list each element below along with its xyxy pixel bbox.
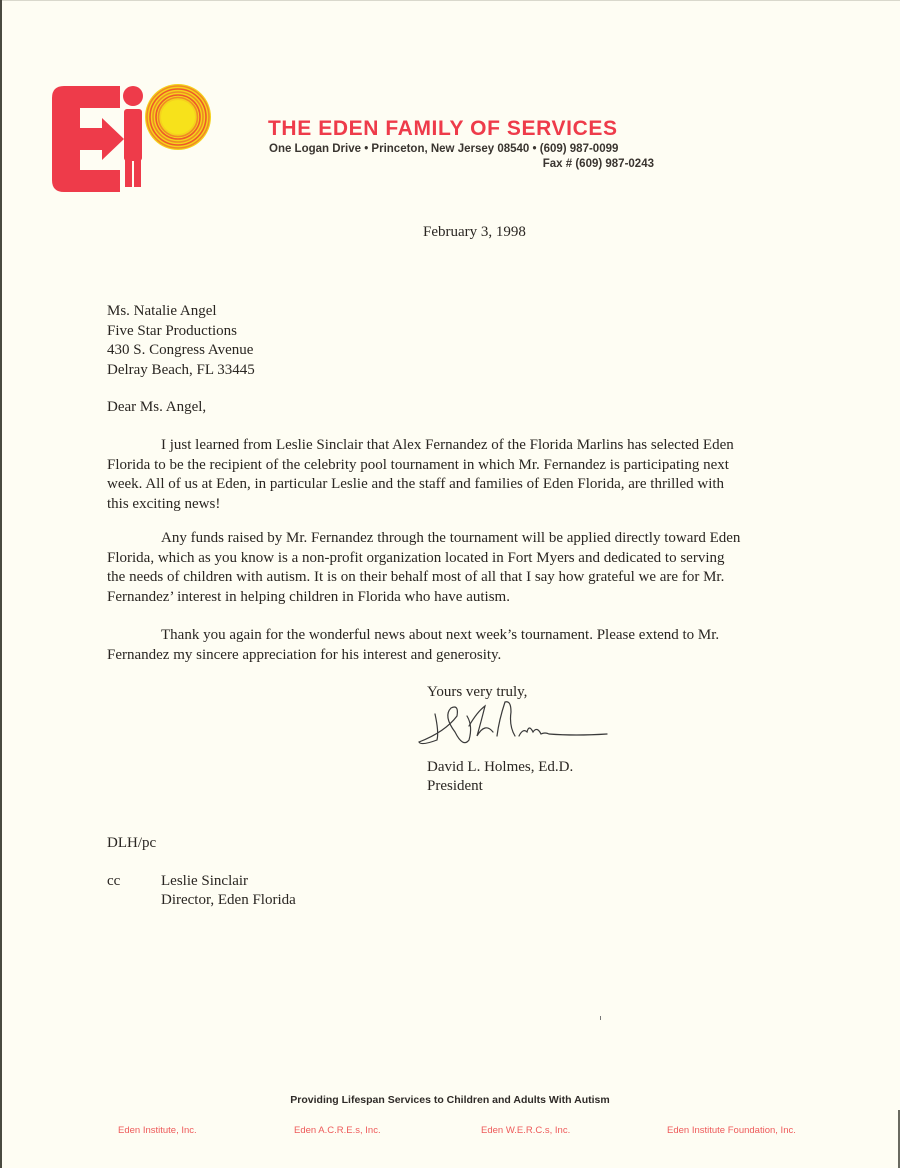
affiliate-eden-wercs: Eden W.E.R.C.s, Inc. xyxy=(481,1125,570,1136)
paragraph-line: Florida, which as you know is a non-prof… xyxy=(107,549,807,569)
affiliate-eden-foundation: Eden Institute Foundation, Inc. xyxy=(667,1125,796,1136)
paragraph-line: the needs of children with autism. It is… xyxy=(107,568,807,588)
cc-label: cc xyxy=(107,872,120,891)
body-paragraph-1: I just learned from Leslie Sinclair that… xyxy=(107,436,807,514)
recipient-address: Ms. Natalie Angel Five Star Productions … xyxy=(107,302,255,380)
paragraph-line: Florida to be the recipient of the celeb… xyxy=(107,456,807,476)
recipient-line: Five Star Productions xyxy=(107,322,255,342)
signer-title: President xyxy=(427,777,483,796)
scan-speck xyxy=(600,1016,601,1020)
letter-date: February 3, 1998 xyxy=(423,223,526,242)
paragraph-line: this exciting news! xyxy=(107,495,807,515)
body-paragraph-3: Thank you again for the wonderful news a… xyxy=(107,626,807,665)
signer-name: David L. Holmes, Ed.D. xyxy=(427,758,573,777)
paragraph-line: week. All of us at Eden, in particular L… xyxy=(107,475,807,495)
body-paragraph-2: Any funds raised by Mr. Fernandez throug… xyxy=(107,529,807,607)
recipient-line: 430 S. Congress Avenue xyxy=(107,341,255,361)
signature-icon xyxy=(415,692,615,754)
cc-name: Leslie Sinclair xyxy=(161,872,248,891)
page-edge-top xyxy=(0,0,900,1)
salutation: Dear Ms. Angel, xyxy=(107,398,206,417)
recipient-line: Ms. Natalie Angel xyxy=(107,302,255,322)
organization-fax: Fax # (609) 987-0243 xyxy=(543,158,654,170)
affiliate-eden-institute: Eden Institute, Inc. xyxy=(118,1125,197,1136)
cc-title: Director, Eden Florida xyxy=(161,891,296,910)
eden-logo-icon xyxy=(50,84,220,194)
organization-address: One Logan Drive • Princeton, New Jersey … xyxy=(269,143,618,155)
reference-initials: DLH/pc xyxy=(107,834,156,853)
recipient-line: Delray Beach, FL 33445 xyxy=(107,361,255,381)
paragraph-line: Fernandez’ interest in helping children … xyxy=(107,588,807,608)
paragraph-line: Fernandez my sincere appreciation for hi… xyxy=(107,646,807,666)
paragraph-line: Any funds raised by Mr. Fernandez throug… xyxy=(107,529,807,549)
footer-tagline: Providing Lifespan Services to Children … xyxy=(0,1094,900,1106)
paragraph-line: I just learned from Leslie Sinclair that… xyxy=(107,436,807,456)
paragraph-line: Thank you again for the wonderful news a… xyxy=(107,626,807,646)
organization-name: THE EDEN FAMILY OF SERVICES xyxy=(268,117,618,141)
page-edge-left xyxy=(0,0,2,1168)
affiliate-eden-acres: Eden A.C.R.E.s, Inc. xyxy=(294,1125,381,1136)
